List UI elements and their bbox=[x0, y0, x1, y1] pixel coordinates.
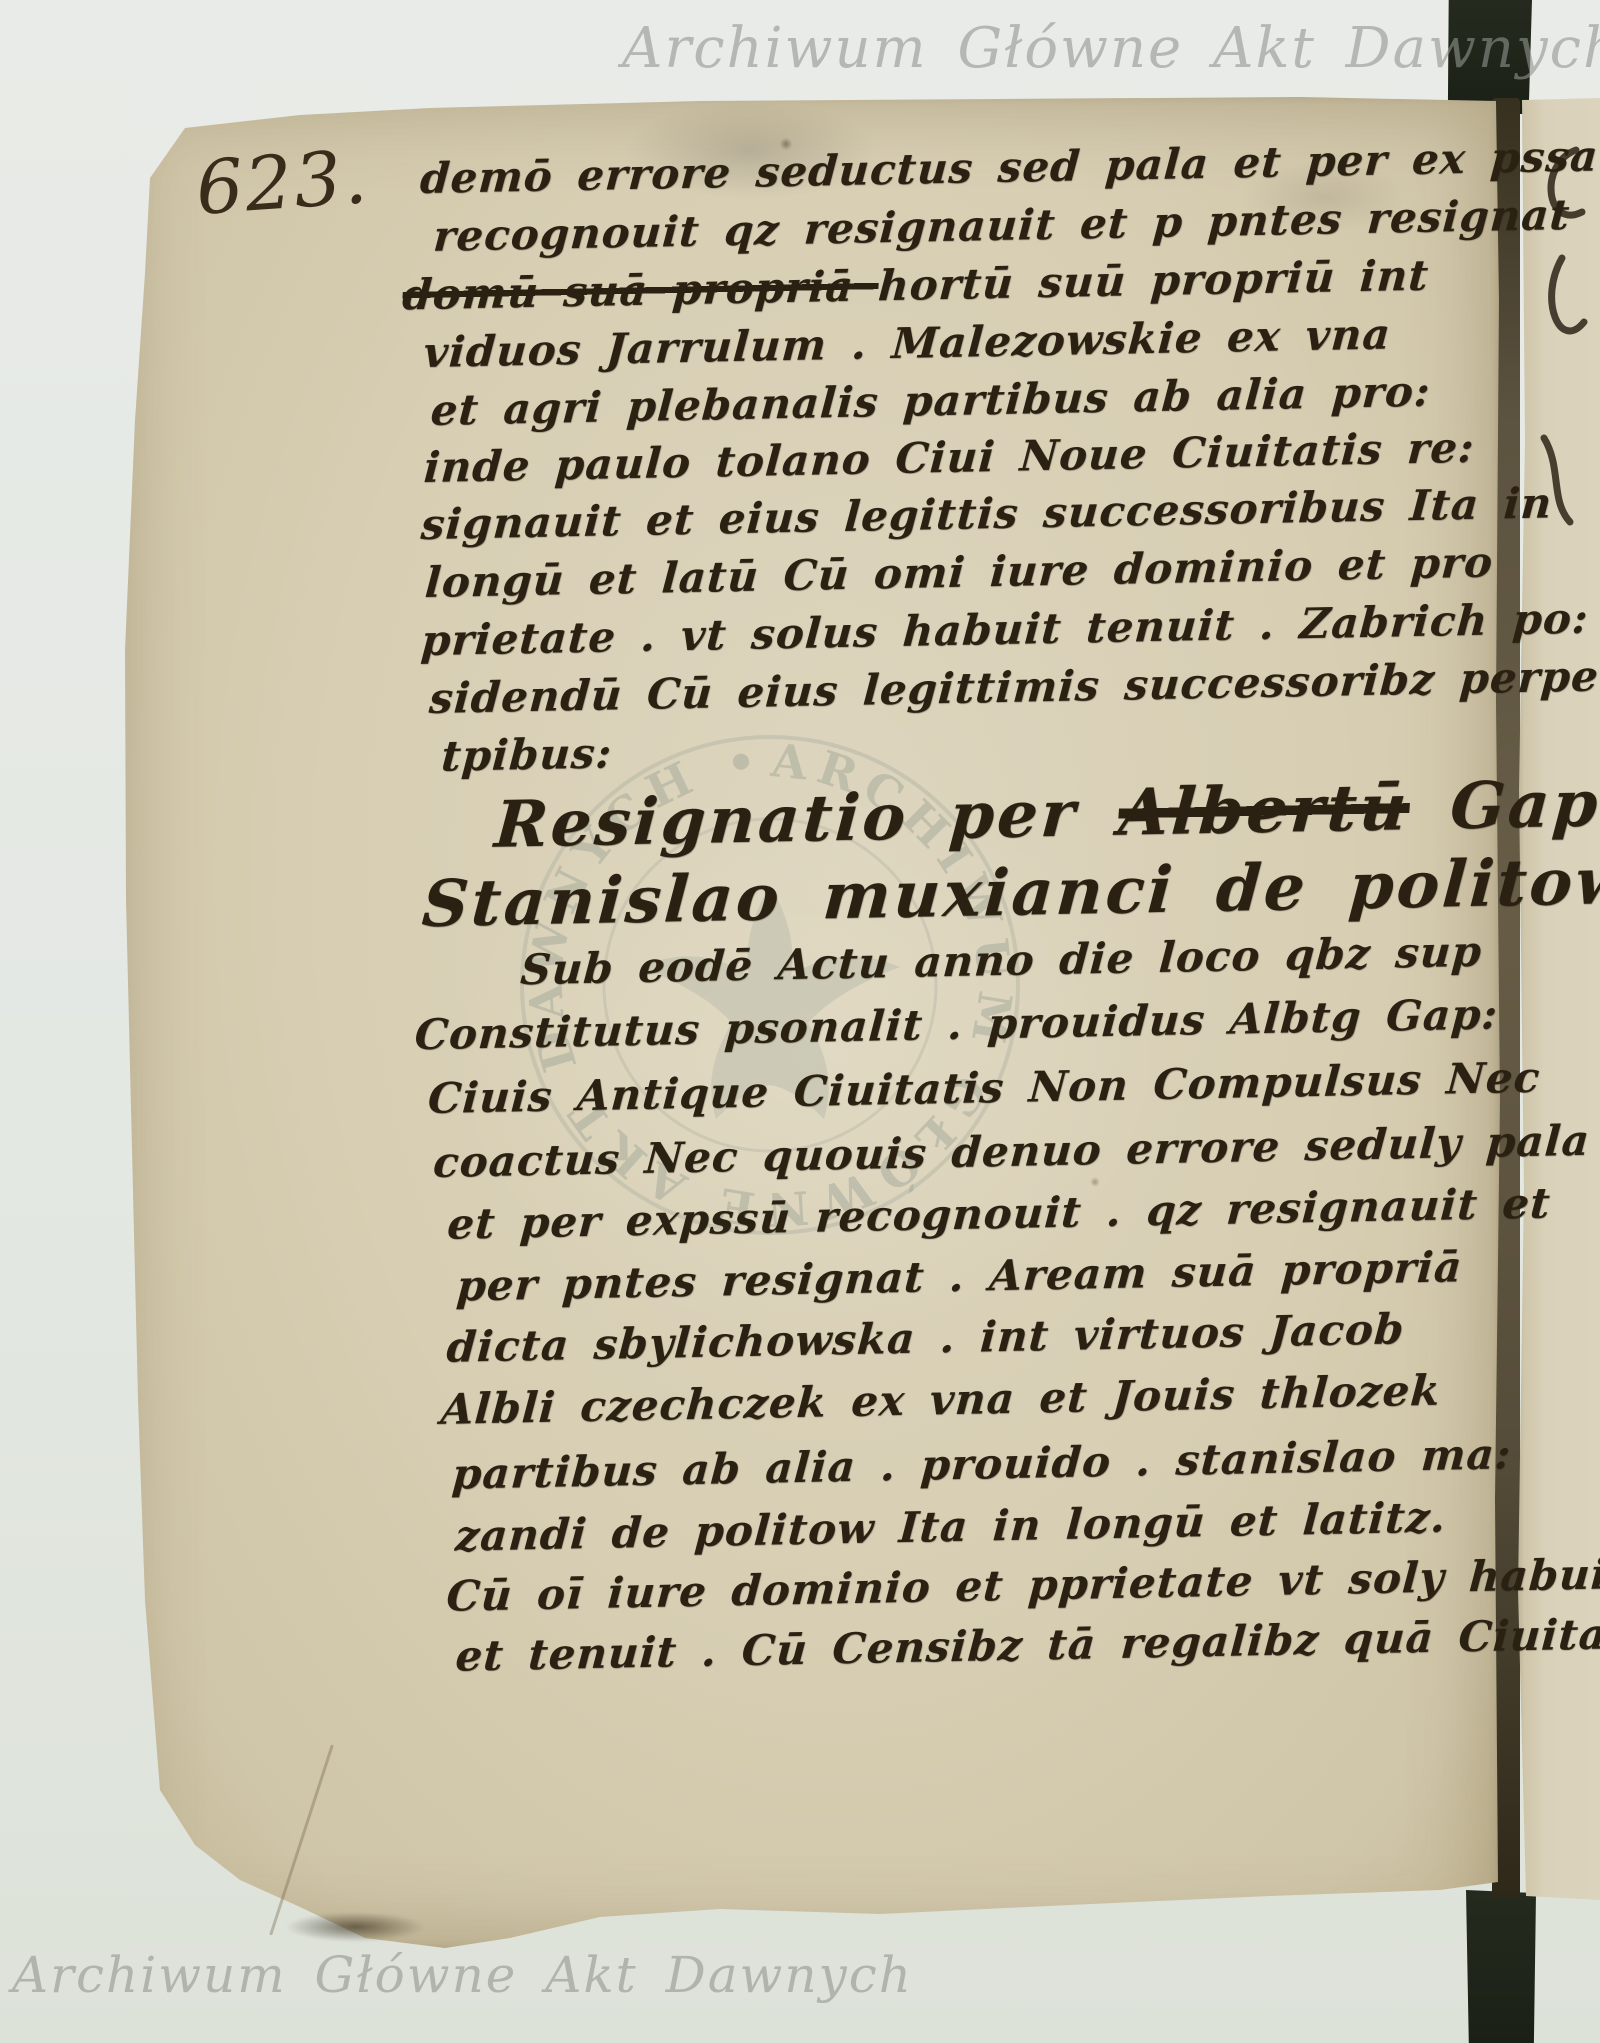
text-line: viduos Jarrulum . Malezowskie ex vna bbox=[422, 310, 1392, 377]
text-line: dicta sbylichowska . int virtuos Jacob bbox=[445, 1305, 1406, 1372]
scanned-document: ARCHIWUM GŁÓWNE AKT DAWNYCH • ARCHIWUM •… bbox=[0, 0, 1600, 2043]
ink-smudge bbox=[285, 1912, 425, 1942]
text-line: zandi de politow Ita in longū et latitz. bbox=[454, 1494, 1448, 1561]
heading-text: Resignatio per bbox=[492, 776, 1121, 863]
text-line: longū et latū Cū omi iure dominio et pro bbox=[423, 538, 1494, 607]
text-line: tpibus: bbox=[440, 729, 614, 781]
text-line: domū suā propriā hortū suū propriū int bbox=[401, 252, 1430, 320]
text-line: partibus ab alia . prouido . stanislao m… bbox=[451, 1430, 1513, 1499]
text-line: coactus Nec quouis denuo errore seduly p… bbox=[432, 1117, 1592, 1188]
heading-text: Gapi bbox=[1407, 766, 1600, 845]
text-line: et tenuit . Cū Censibz tā regalibz quā C… bbox=[454, 1609, 1600, 1681]
text-line: et per expssū recognouit . qz resignauit… bbox=[446, 1179, 1552, 1249]
watermark-top: Archiwum Główne Akt Dawnych bbox=[622, 16, 1600, 81]
heading-struck-word: Albertū bbox=[1116, 770, 1411, 851]
watermark-bottom: Archiwum Główne Akt Dawnych bbox=[12, 1946, 913, 2004]
handwritten-text-block: demō errore seductus sed pala et per ex … bbox=[0, 0, 1600, 2043]
text-line: Sub eodē Actu anno die loco qbz sup bbox=[519, 928, 1484, 995]
text-line: Albli czechczek ex vna et Jouis thlozek bbox=[439, 1367, 1442, 1435]
text-line: et agri plebanalis partibus ab alia pro: bbox=[429, 368, 1432, 436]
text-line: Cū oī iure dominio et pprietate vt soly … bbox=[445, 1550, 1600, 1621]
text-line-rest: hortū suū propriū int bbox=[877, 251, 1431, 311]
text-line: Constitutus psonalit . prouidus Albtg Ga… bbox=[413, 990, 1500, 1059]
text-line: Ciuis Antique Ciuitatis Non Compulsus Ne… bbox=[426, 1054, 1542, 1124]
text-line: per pntes resignat . Aream suā propriā bbox=[455, 1243, 1464, 1311]
struck-text: domū suā propriā bbox=[401, 261, 880, 319]
